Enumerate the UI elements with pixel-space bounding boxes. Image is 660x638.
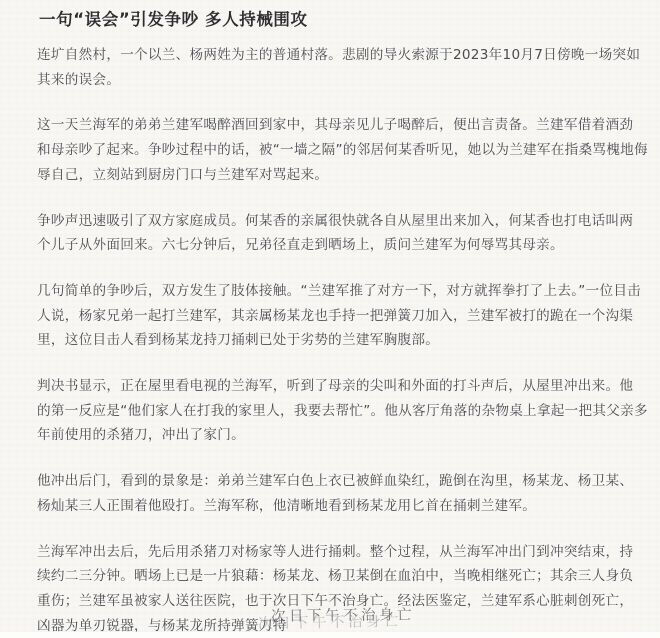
paragraph: 这一天兰海军的弟弟兰建军喝醉酒回到家中，其母亲见儿子喝醉后，便出言责备。兰建军借…: [37, 113, 632, 187]
text-line: 他冲出后门，看到的景象是：弟弟兰建军白色上衣已被鲜血染红，跪倒在沟里，杨某龙、杨…: [37, 469, 632, 494]
article-page: 一句“误会”引发争吵 多人持械围攻 连圹自然村，一个以兰、杨两姓为主的普通村落。…: [0, 0, 660, 638]
text-line: 年前使用的杀猪刀，冲出了家门。: [37, 423, 632, 448]
paragraph: 他冲出后门，看到的景象是：弟弟兰建军白色上衣已被鲜血染红，跪倒在沟里，杨某龙、杨…: [37, 469, 632, 518]
text-line: 人说，杨家兄弟一起打兰建军，其亲属杨某龙也手持一把弹簧刀加入，兰建军被打的跪在一…: [37, 304, 632, 329]
text-line: 判决书显示，正在屋里看电视的兰海军，听到了母亲的尖叫和外面的打斗声后，从屋里冲出…: [37, 374, 632, 399]
paragraph: 兰海军冲出去后，先后用杀猪刀对杨家等人进行捅刺。整个过程，从兰海军冲出门到冲突结…: [37, 540, 632, 638]
text-line: 这一天兰海军的弟弟兰建军喝醉酒回到家中，其母亲见儿子喝醉后，便出言责备。兰建军借…: [37, 113, 632, 138]
paragraph: 争吵声迅速吸引了双方家庭成员。何某香的亲属很快就各自从屋里出来加入，何某香也打电…: [37, 209, 632, 258]
paragraph: 几句简单的争吵后，双方发生了肢体接触。“兰建军推了对方一下，对方就挥拳打了上去。…: [37, 279, 632, 353]
paragraph: 连圹自然村，一个以兰、杨两姓为主的普通村落。悲剧的导火索源于2023年10月7日…: [37, 43, 632, 92]
text-line: 的第一反应是“他们家人在打我的家里人，我要去帮忙”。他从客厅角落的杂物桌上拿起一…: [37, 399, 632, 424]
text-line: 杨灿某三人正围着他殴打。兰海军称，他清晰地看到杨某龙用匕首在捅刺兰建军。: [37, 494, 632, 519]
text-line: 争吵声迅速吸引了双方家庭成员。何某香的亲属很快就各自从屋里出来加入，何某香也打电…: [37, 209, 632, 234]
bottom-strip: [0, 632, 660, 638]
text-line: 个儿子从外面回来。六七分钟后，兄弟径直走到晒场上，质问兰建军为何辱骂其母亲。: [37, 233, 632, 258]
article-title: 一句“误会”引发争吵 多人持械围攻: [39, 8, 632, 32]
text-line: 重伤；兰建军虽被家人送往医院，也于次日下午不治身亡。经法医鉴定，兰建军系心脏刺创…: [37, 589, 632, 614]
text-line: 兰海军冲出去后，先后用杀猪刀对杨家等人进行捅刺。整个过程，从兰海军冲出门到冲突结…: [37, 540, 632, 565]
text-line: 连圹自然村，一个以兰、杨两姓为主的普通村落。悲剧的导火索源于2023年10月7日…: [37, 43, 632, 68]
text-line: 里，这位目击人看到杨某龙持刀捅刺已处于劣势的兰建军胸腹部。: [37, 328, 632, 353]
article-body: 连圹自然村，一个以兰、杨两姓为主的普通村落。悲剧的导火索源于2023年10月7日…: [37, 43, 632, 638]
paragraph: 判决书显示，正在屋里看电视的兰海军，听到了母亲的尖叫和外面的打斗声后，从屋里冲出…: [37, 374, 632, 448]
text-line: 几句简单的争吵后，双方发生了肢体接触。“兰建军推了对方一下，对方就挥拳打了上去。…: [37, 279, 632, 304]
text-line: 和母亲吵了起来。争吵过程中的话，被“一墙之隔”的邻居何某香听见，她以为兰建军在指…: [37, 138, 632, 163]
text-line: 其来的误会。: [37, 68, 632, 93]
text-line: 续约二三分钟。晒场上已是一片狼藉：杨某龙、杨卫某倒在血泊中，当晚相继死亡；其余三…: [37, 564, 632, 589]
text-line: 辱自己，立刻站到厨房门口与兰建军对骂起来。: [37, 163, 632, 188]
